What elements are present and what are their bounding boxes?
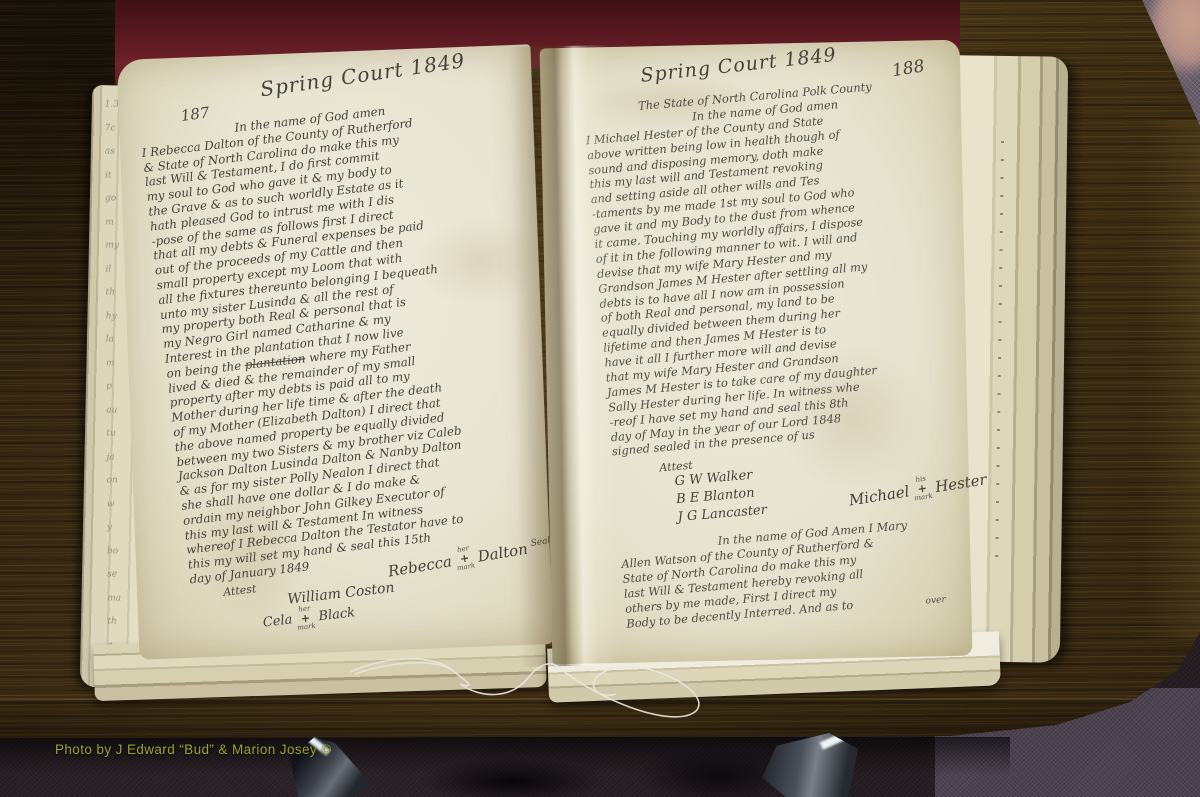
page-edge-text-fragments: 1.37casitgommyilthhylampautujaonwybosema… xyxy=(105,99,122,663)
edge-fragment: au xyxy=(106,405,120,429)
edge-fragment: ja xyxy=(106,452,120,476)
right-page-body: The State of North Carolina Polk CountyI… xyxy=(583,79,916,631)
signature-last-name: Hester xyxy=(934,470,988,496)
edge-fragment: on xyxy=(107,475,121,499)
over-note: over xyxy=(925,595,946,612)
edge-fragment: th xyxy=(107,616,121,640)
left-page-body: In the name of God amenI Rebecca Dalton … xyxy=(139,99,481,642)
left-page: 187 Spring Court 1849 In the name of God… xyxy=(117,44,554,659)
edge-fragment: it xyxy=(105,170,119,194)
edge-fragment: my xyxy=(105,240,119,264)
edge-fragment: th xyxy=(106,287,120,311)
witness-last-name: Black xyxy=(318,605,356,624)
table-edge-highlight xyxy=(1142,120,1200,640)
edge-fragment: la xyxy=(106,334,120,358)
photo-scene: 1.37casitgommyilthhylampautujaonwybosema… xyxy=(0,0,1200,797)
edge-fragment: ma xyxy=(107,593,121,617)
edge-fragment: tu xyxy=(106,428,120,452)
edge-fragment: se xyxy=(107,569,121,593)
edge-fragment: w xyxy=(107,499,121,523)
edge-fragment: go xyxy=(105,193,119,217)
mark-label-bottom: mark xyxy=(914,493,933,503)
left-page-header: Spring Court 1849 xyxy=(259,48,467,101)
edge-fragment: as xyxy=(105,146,119,170)
edge-fragment: 1.3 xyxy=(105,99,119,123)
her-mark: her+mark xyxy=(454,545,476,573)
right-page-header: Spring Court 1849 xyxy=(639,44,837,87)
photo-credit-watermark: Photo by J Edward “Bud” & Marion Josey © xyxy=(55,742,332,757)
edge-fragment: y xyxy=(107,522,121,546)
floor-shadow-blob xyxy=(420,758,605,797)
signature-last-name: Dalton xyxy=(476,539,529,565)
seal-note: Seal xyxy=(530,535,551,548)
edge-fragment: m xyxy=(106,358,120,382)
edge-fragment: p xyxy=(106,381,120,405)
left-page-lines-a: In the name of God amenI Rebecca Dalton … xyxy=(139,99,450,366)
edge-fragment: hy xyxy=(106,311,120,335)
page-number-right: 188 xyxy=(891,56,926,81)
page-number-left: 187 xyxy=(180,103,211,124)
right-page-lines: The State of North Carolina Polk CountyI… xyxy=(583,79,901,459)
edge-fragment: m xyxy=(105,217,119,241)
second-will-entry: In the name of God Amen I MaryAllen Wats… xyxy=(620,518,916,631)
edge-fragment: 7c xyxy=(105,123,119,147)
his-mark: his+mark xyxy=(911,475,933,503)
binding-thread xyxy=(180,628,800,748)
right-page: Spring Court 1849 188 The State of North… xyxy=(540,40,973,665)
edge-fragment: bo xyxy=(107,546,121,570)
edge-fragment: il xyxy=(105,264,119,288)
